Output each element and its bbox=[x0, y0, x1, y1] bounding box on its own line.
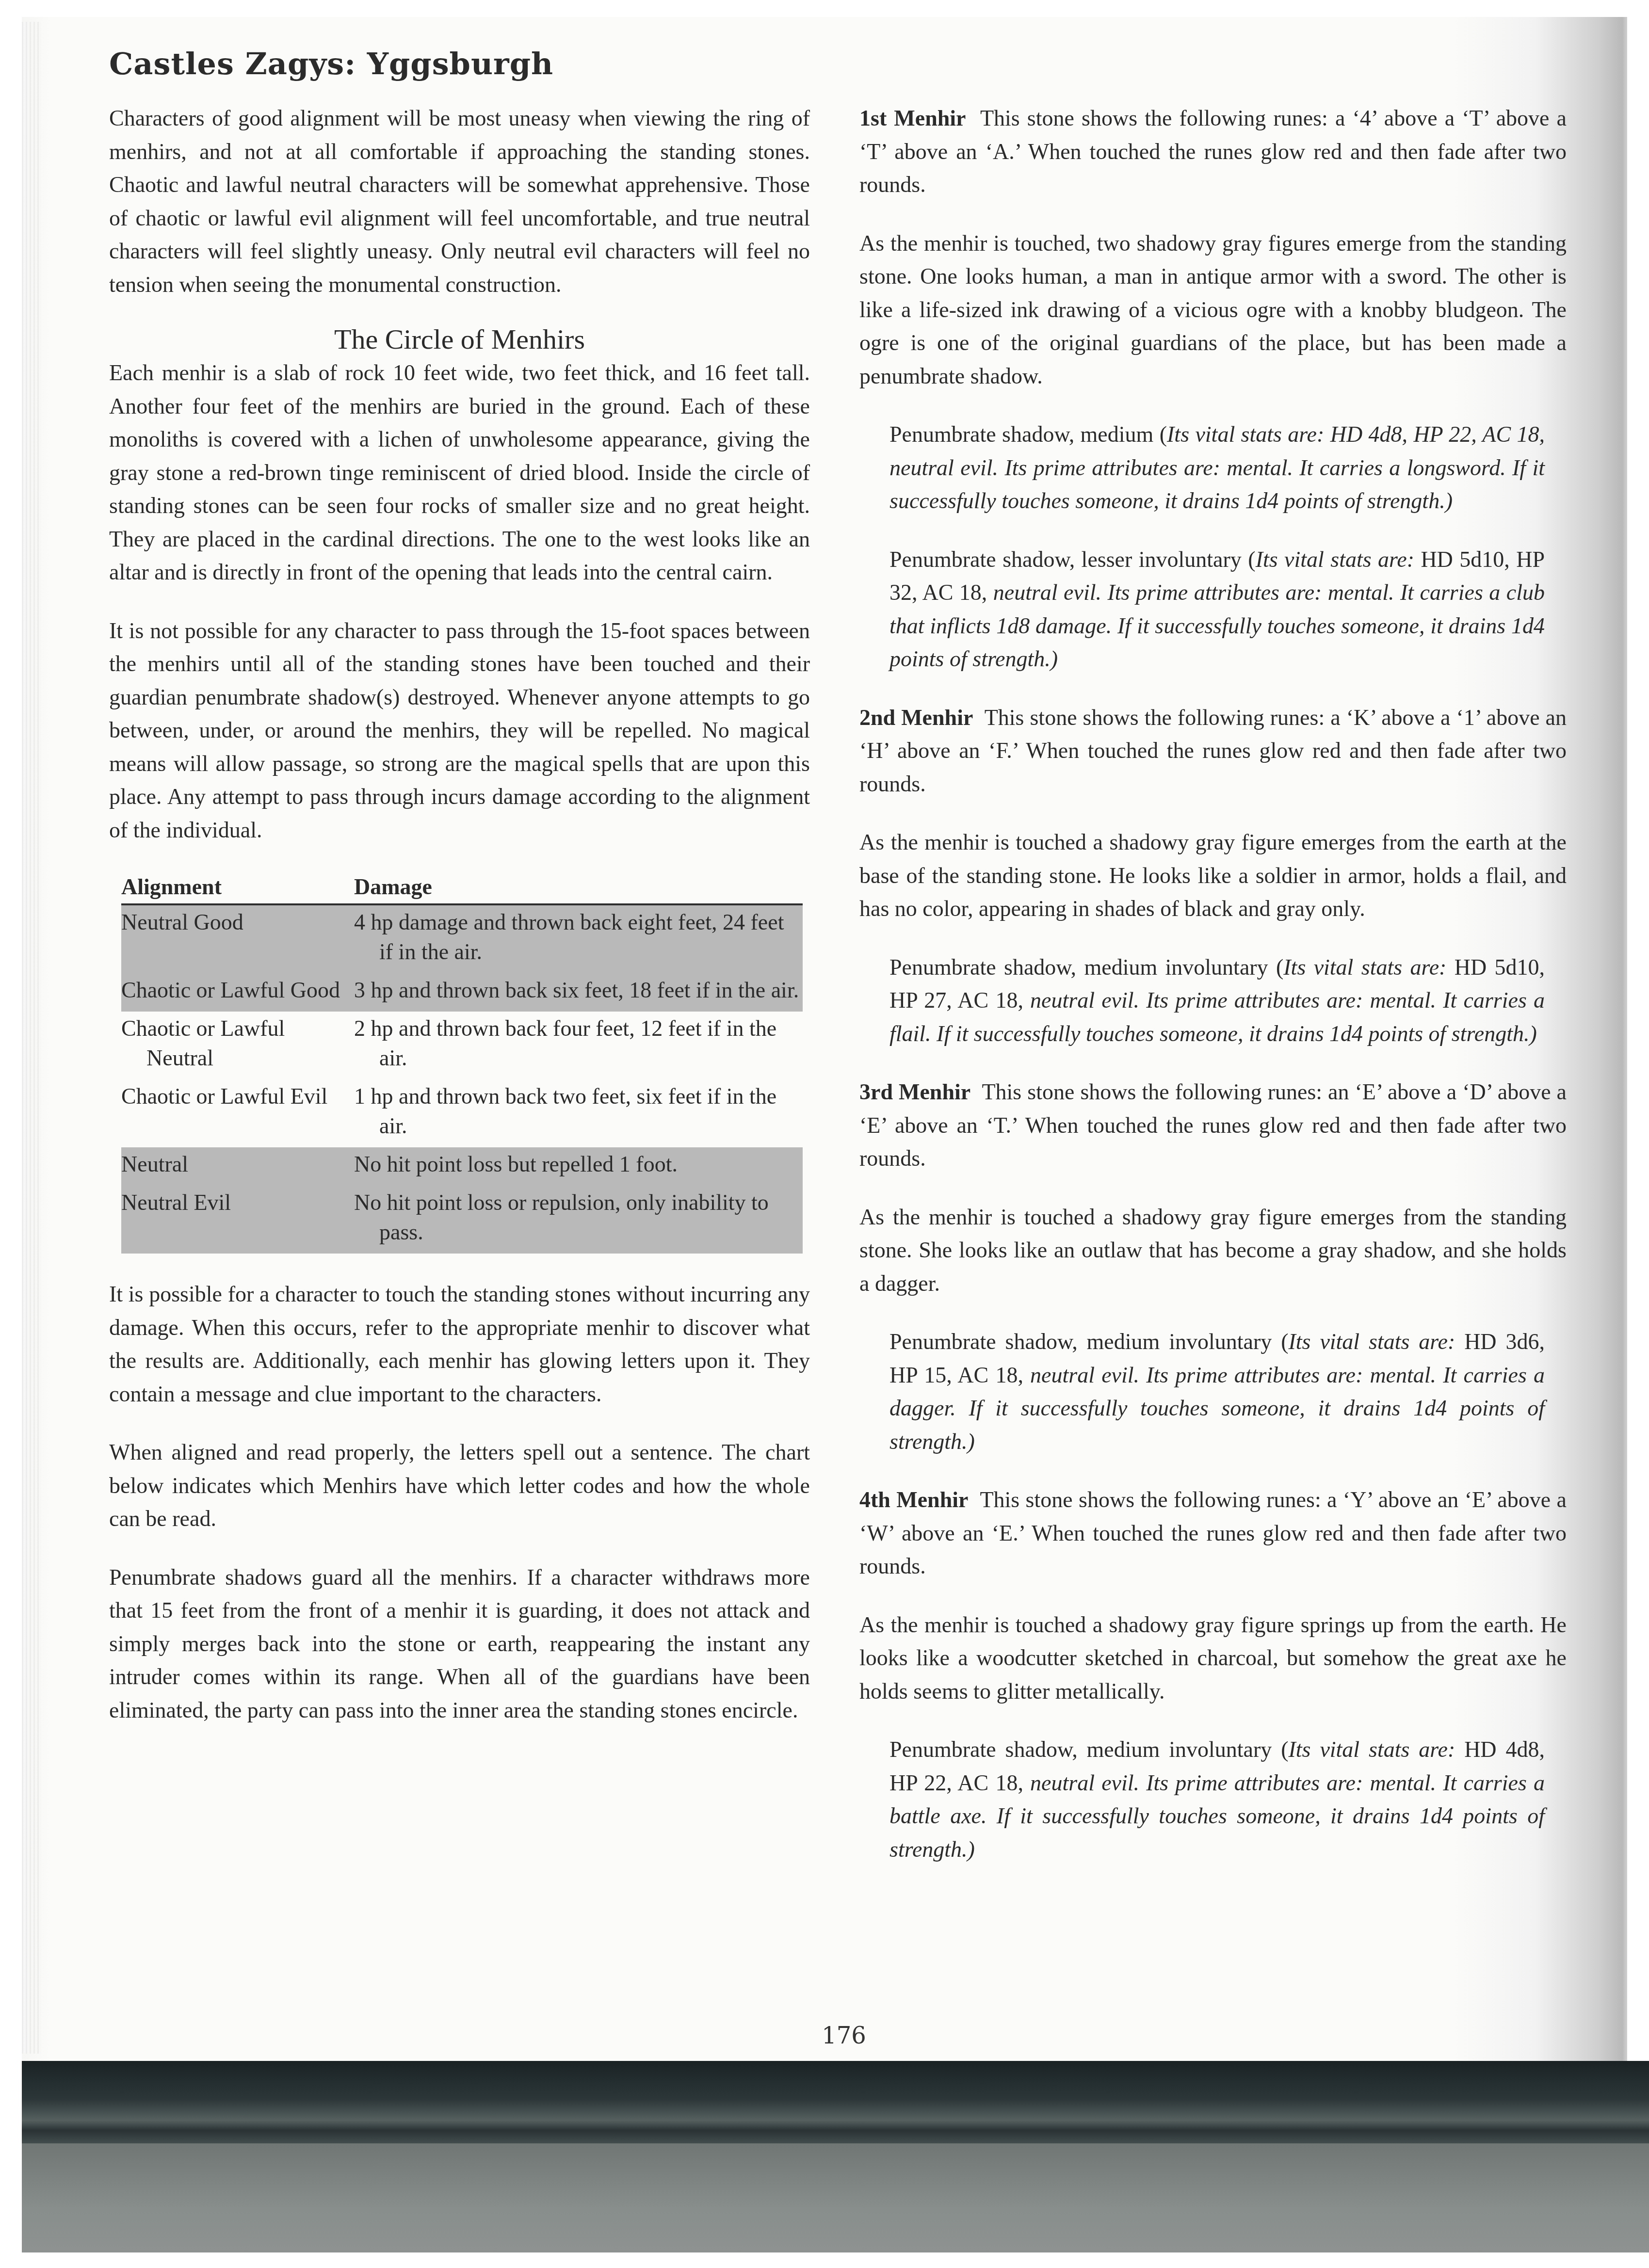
section-heading: The Circle of Menhirs bbox=[109, 322, 810, 356]
damage-cell: 1 hp and thrown back two feet, six feet … bbox=[354, 1081, 803, 1141]
creature-name: Penumbrate shadow, medium involuntary bbox=[889, 955, 1268, 980]
table-header-row: Alignment Damage bbox=[121, 872, 803, 904]
paren-open: ( bbox=[1272, 1737, 1288, 1762]
paragraph-menhir-description: Each menhir is a slab of rock 10 feet wi… bbox=[109, 356, 810, 589]
paragraph-passage-rules: It is not possible for any character to … bbox=[109, 614, 810, 847]
stat-italic: Its vital stats are: bbox=[1283, 955, 1454, 980]
paragraph-touching-stones: It is possible for a character to touch … bbox=[109, 1278, 810, 1411]
alignment-damage-table: Alignment Damage Neutral Good 4 hp damag… bbox=[121, 872, 803, 1254]
stat-italic: neutral evil. Its prime attributes are: … bbox=[889, 455, 1545, 514]
table-row: Chaotic or Lawful Good 3 hp and thrown b… bbox=[121, 973, 803, 1012]
alignment-cell: Chaotic or Lawful Neutral bbox=[121, 1013, 354, 1073]
stat-block: Penumbrate shadow, medium involuntary (I… bbox=[889, 1733, 1545, 1866]
scanner-shadow-band bbox=[22, 2061, 1649, 2146]
paren-open: ( bbox=[1268, 955, 1284, 980]
stat-block: Penumbrate shadow, medium (Its vital sta… bbox=[889, 418, 1545, 518]
menhir-entry-2: 2nd Menhir This stone shows the followin… bbox=[859, 701, 1567, 801]
menhir-label: 3rd Menhir bbox=[859, 1079, 970, 1104]
table-row: Chaotic or Lawful Evil 1 hp and thrown b… bbox=[121, 1079, 803, 1147]
damage-cell: No hit point loss or repulsion, only ina… bbox=[354, 1188, 803, 1247]
menhir-entry-4: 4th Menhir This stone shows the followin… bbox=[859, 1483, 1567, 1583]
creature-name: Penumbrate shadow, lesser involuntary bbox=[889, 547, 1242, 572]
menhir-description: As the menhir is touched a shadowy gray … bbox=[859, 1201, 1567, 1301]
table-row: Chaotic or Lawful Neutral 2 hp and throw… bbox=[121, 1012, 803, 1079]
menhir-label: 2nd Menhir bbox=[859, 705, 973, 730]
stat-italic: Its vital stats are: bbox=[1289, 1737, 1465, 1762]
paragraph-penumbrate-shadows: Penumbrate shadows guard all the menhirs… bbox=[109, 1561, 810, 1727]
stat-block: Penumbrate shadow, medium involuntary (I… bbox=[889, 1325, 1545, 1458]
paren-open: ( bbox=[1242, 547, 1256, 572]
menhir-description: As the menhir is touched, two shadowy gr… bbox=[859, 227, 1567, 393]
alignment-cell: Chaotic or Lawful Good bbox=[121, 975, 354, 1005]
creature-name: Penumbrate shadow, medium bbox=[889, 422, 1153, 447]
alignment-cell: Chaotic or Lawful Evil bbox=[121, 1081, 354, 1111]
menhir-description: As the menhir is touched a shadowy gray … bbox=[859, 1609, 1567, 1708]
stat-block: Penumbrate shadow, lesser involuntary (I… bbox=[889, 543, 1545, 676]
intro-paragraph: Characters of good alignment will be mos… bbox=[109, 102, 810, 301]
creature-name: Penumbrate shadow, medium involuntary bbox=[889, 1737, 1272, 1762]
damage-cell: 2 hp and thrown back four feet, 12 feet … bbox=[354, 1013, 803, 1073]
stat-italic: Its vital stats are: bbox=[1289, 1329, 1465, 1354]
column-header-damage: Damage bbox=[354, 872, 803, 904]
menhir-label: 1st Menhir bbox=[859, 106, 966, 130]
table-row: Neutral Evil No hit point loss or repuls… bbox=[121, 1186, 803, 1254]
alignment-cell: Neutral Good bbox=[121, 907, 354, 937]
damage-cell: 3 hp and thrown back six feet, 18 feet i… bbox=[354, 975, 803, 1005]
damage-cell: 4 hp damage and thrown back eight feet, … bbox=[354, 907, 803, 966]
damage-cell: No hit point loss but repelled 1 foot. bbox=[354, 1149, 803, 1179]
page-number: 176 bbox=[820, 2022, 868, 2049]
scanner-background bbox=[22, 2143, 1649, 2252]
creature-name: Penumbrate shadow, medium involuntary bbox=[889, 1329, 1272, 1354]
column-header-alignment: Alignment bbox=[121, 872, 354, 904]
menhir-label: 4th Menhir bbox=[859, 1487, 968, 1512]
stat-block: Penumbrate shadow, medium involuntary (I… bbox=[889, 951, 1545, 1051]
stat-italic: Its vital stats are: bbox=[1256, 547, 1421, 572]
alignment-cell: Neutral bbox=[121, 1149, 354, 1179]
table-row: Neutral No hit point loss but repelled 1… bbox=[121, 1147, 803, 1186]
table-row: Neutral Good 4 hp damage and thrown back… bbox=[121, 904, 803, 973]
stat-values: HD 4d8, HP 22, AC 18, bbox=[1330, 422, 1545, 447]
running-header-title: Castles Zagys: Yggsburgh bbox=[109, 46, 553, 81]
alignment-cell: Neutral Evil bbox=[121, 1188, 354, 1217]
paragraph-letter-codes: When aligned and read properly, the lett… bbox=[109, 1436, 810, 1536]
menhir-description: As the menhir is touched a shadowy gray … bbox=[859, 826, 1567, 926]
stat-italic: Its vital stats are: bbox=[1167, 422, 1330, 447]
page-content: Castles Zagys: Yggsburgh Characters of g… bbox=[0, 0, 1649, 2061]
paren-open: ( bbox=[1153, 422, 1167, 447]
menhir-entry-3: 3rd Menhir This stone shows the followin… bbox=[859, 1076, 1567, 1175]
right-column: 1st Menhir This stone shows the followin… bbox=[859, 102, 1567, 1891]
menhir-entry-1: 1st Menhir This stone shows the followin… bbox=[859, 102, 1567, 202]
left-column: Characters of good alignment will be mos… bbox=[109, 102, 810, 1752]
paren-open: ( bbox=[1272, 1329, 1288, 1354]
